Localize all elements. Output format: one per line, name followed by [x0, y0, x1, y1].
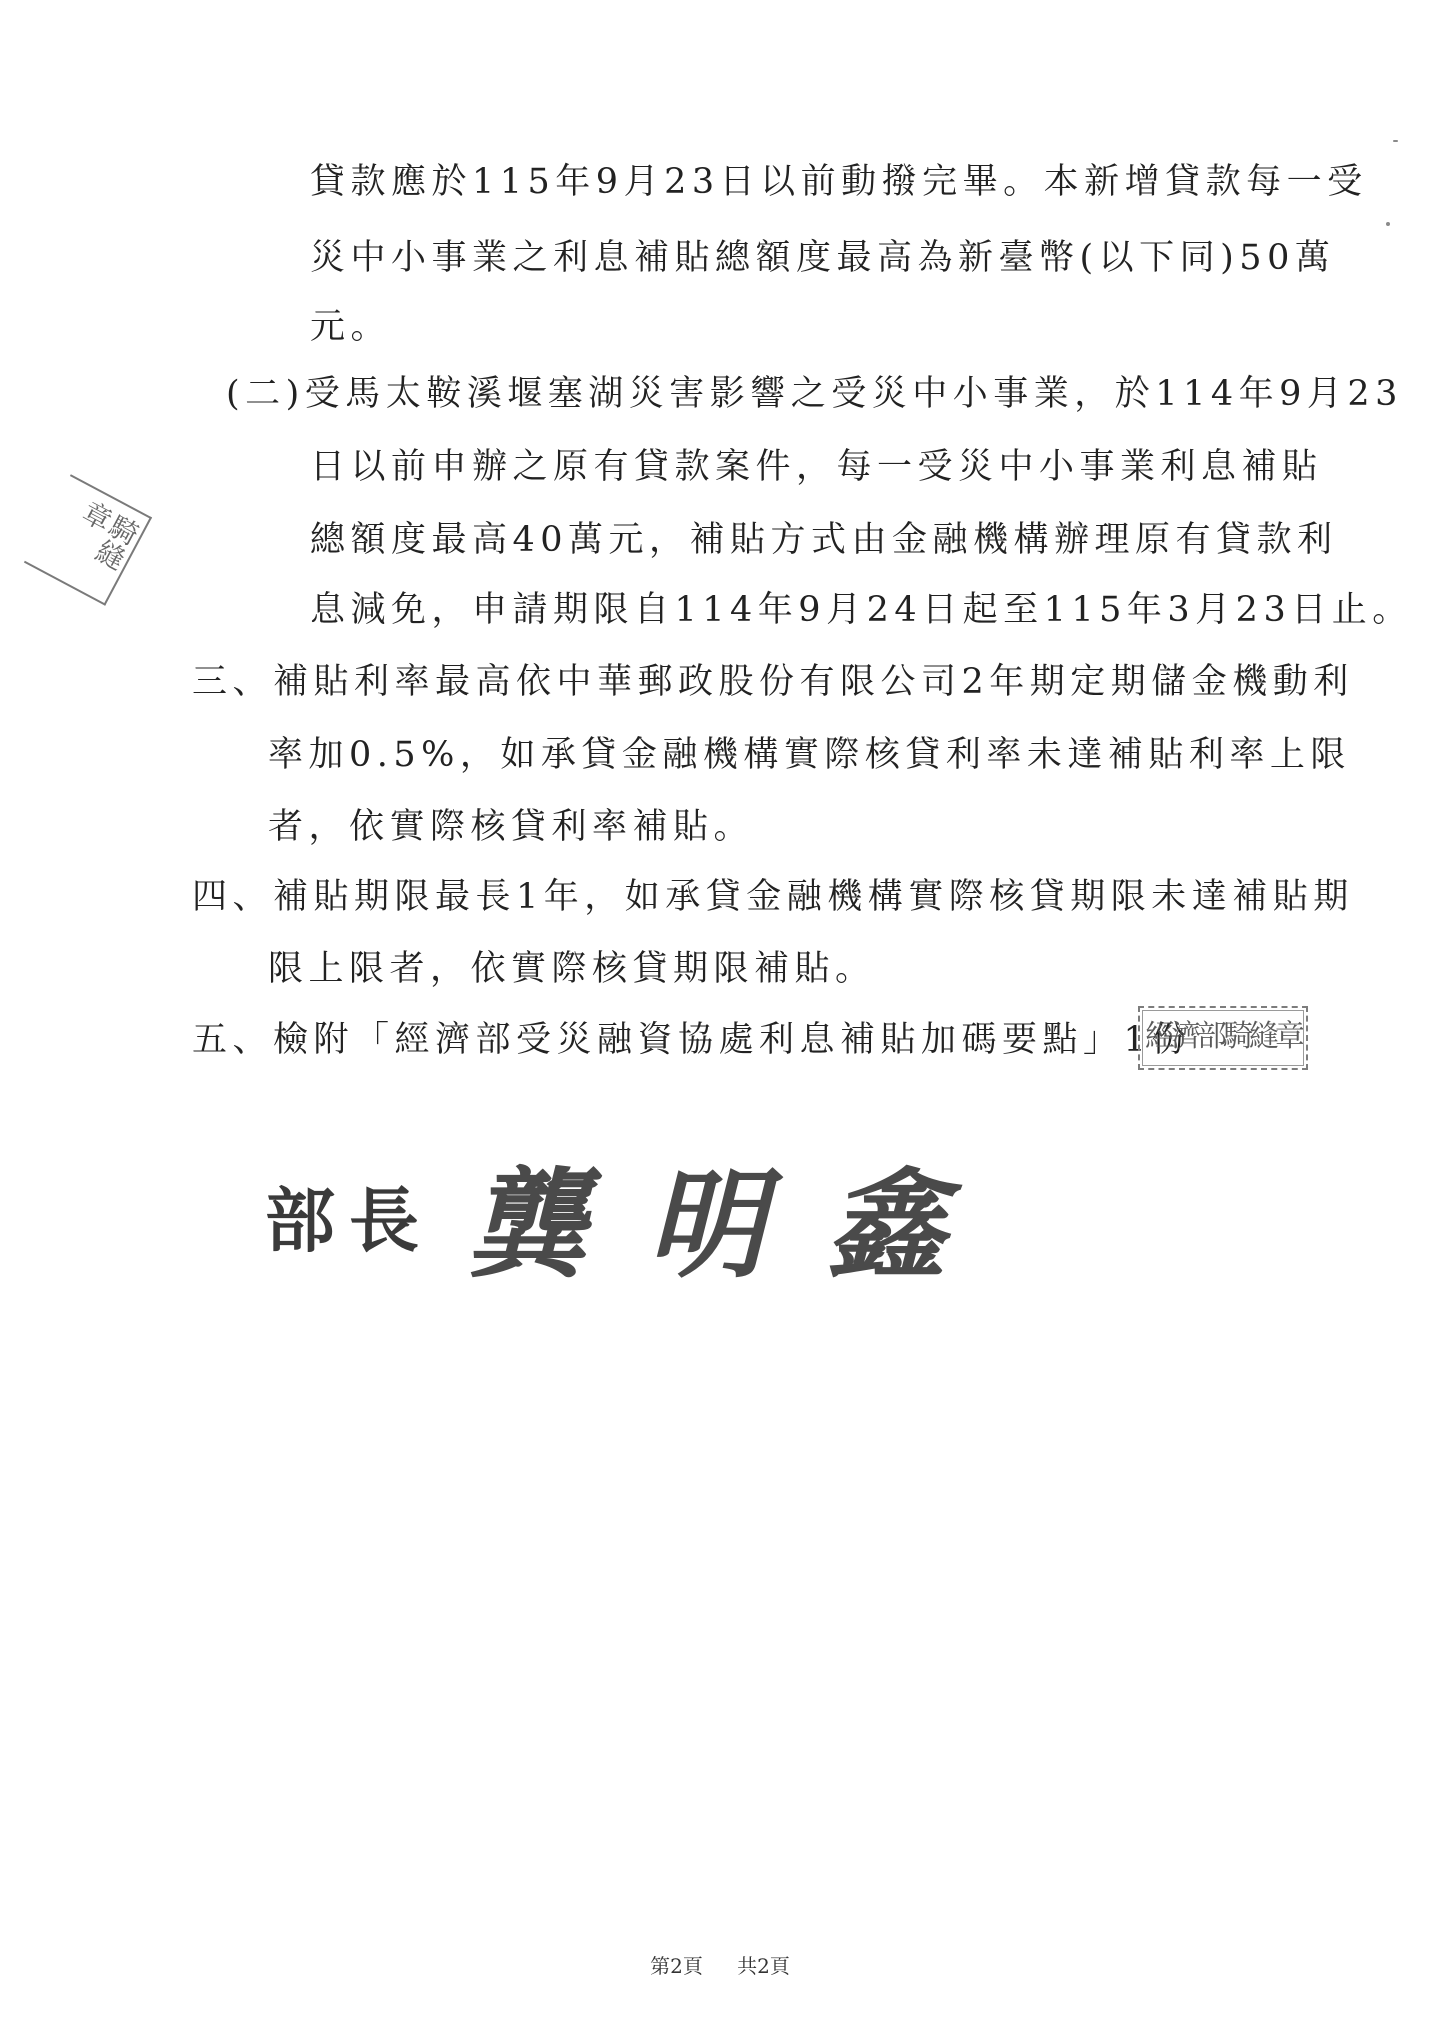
- document-text-line: 日以前申辦之原有貸款案件，每一受災中小事業利息補貼: [310, 445, 1323, 489]
- document-text-line: 息減免，申請期限自114年9月24日起至115年3月23日止。: [310, 588, 1413, 632]
- signature-block: 部長 龔明鑫: [265, 1130, 1007, 1300]
- document-text-line: 者，依實際核貸利率補貼。: [268, 805, 754, 849]
- document-text-line: 貸款應於115年9月23日以前動撥完畢。本新增貸款每一受: [310, 160, 1368, 204]
- document-text-line: (二)受馬太鞍溪堰塞湖災害影響之受災中小事業，於114年9月23: [226, 372, 1403, 416]
- scan-speck: [1386, 222, 1390, 226]
- document-text-line: 率加0.5%，如承貸金融機構實際核貸利率未達補貼利率上限: [268, 733, 1351, 777]
- right-seam-seal-stamp: 經濟部騎縫章(七): [1138, 1006, 1308, 1070]
- document-text-line: 四、補貼期限最長1年，如承貸金融機構實際核貸期限未達補貼期: [192, 875, 1354, 919]
- document-text-line: 元。: [310, 305, 391, 349]
- left-seam-seal-stamp: 騎縫章: [24, 474, 152, 605]
- document-text-line: 三、補貼利率最高依中華郵政股份有限公司2年期定期儲金機動利: [192, 660, 1354, 704]
- document-text-line: 總額度最高40萬元，補貼方式由金融機構辦理原有貸款利: [310, 518, 1338, 562]
- page-footer: 第2頁 共2頁: [0, 1950, 1440, 1979]
- signatory-title: 部長: [265, 1165, 433, 1266]
- document-text-line: 限上限者，依實際核貸期限補貼。: [268, 947, 876, 991]
- document-text-line: 五、檢附「經濟部受災融資協處利息補貼加碼要點」1份: [192, 1018, 1192, 1062]
- scan-speck: [1393, 140, 1398, 142]
- document-text-line: 災中小事業之利息補貼總額度最高為新臺幣(以下同)50萬: [310, 236, 1335, 280]
- signatory-name: 龔明鑫: [467, 1130, 1007, 1300]
